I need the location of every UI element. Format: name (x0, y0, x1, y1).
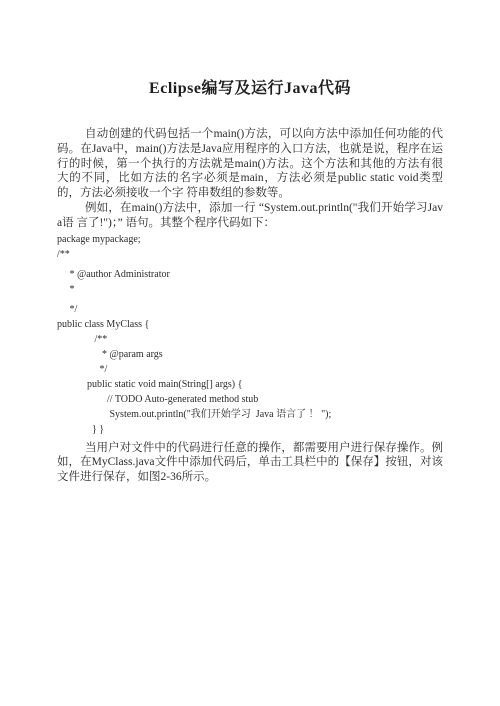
code-block: package mypackage; /** * @author Adminis… (57, 232, 443, 437)
code-line: * @author Administrator (57, 267, 443, 282)
code-line: */ (57, 302, 443, 317)
code-line: System.out.println("我们开始学习 Java 语言了 ！ ")… (57, 407, 443, 422)
code-line: */ (57, 362, 443, 377)
paragraph-intro-main-method: 自动创建的代码包括一个main()方法，可以向方法中添加任何功能的代码。在Jav… (57, 127, 443, 201)
code-line: * @param args (57, 347, 443, 362)
paragraph-save-instructions: 当用户对文件中的代码进行任意的操作，都需要用户进行保存操作。例如，在MyClas… (57, 441, 443, 485)
code-line: /** (57, 247, 443, 262)
code-line: } } (57, 422, 443, 437)
code-line: * (57, 282, 443, 297)
document-page: Eclipse编写及运行Java代码 自动创建的代码包括一个main()方法，可… (0, 0, 500, 706)
page-title: Eclipse编写及运行Java代码 (57, 78, 443, 100)
code-line: package mypackage; (57, 232, 443, 247)
code-line: /** (57, 332, 443, 347)
code-line: // TODO Auto-generated method stub (57, 392, 443, 407)
code-line: public class MyClass { (57, 317, 443, 332)
code-line: public static void main(String[] args) { (57, 377, 443, 392)
paragraph-example-println: 例如，在main()方法中，添加一行 “System.out.println("… (57, 201, 443, 231)
